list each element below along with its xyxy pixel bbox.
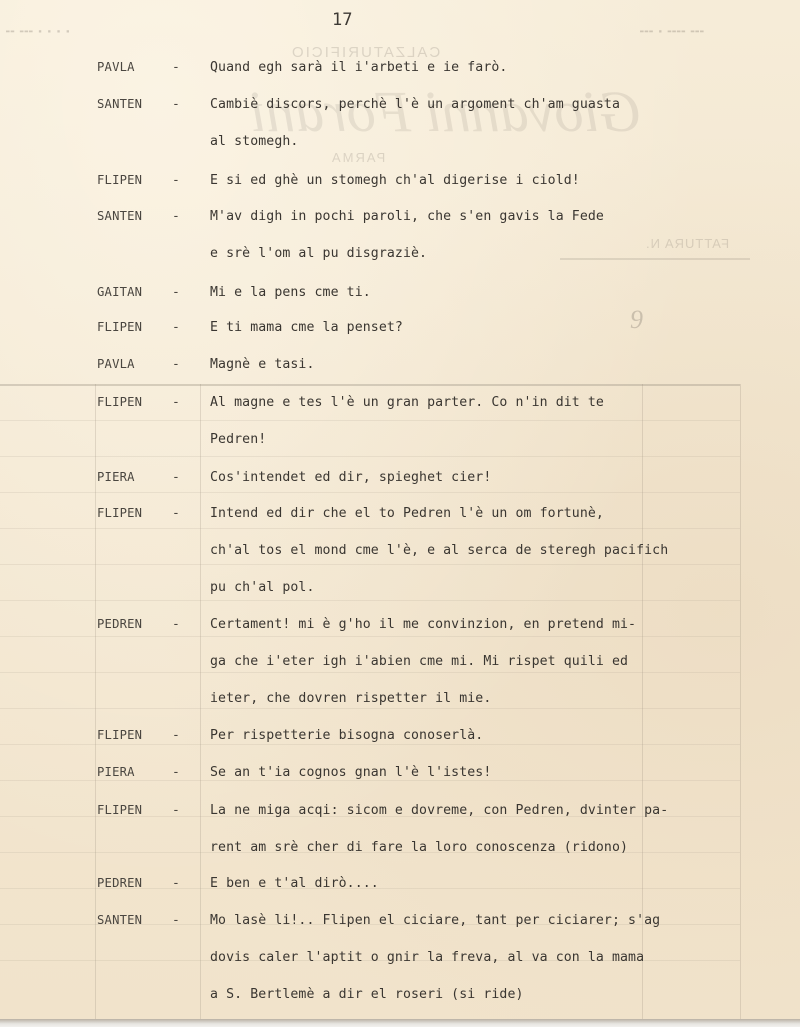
speaker-name: PIERA bbox=[97, 470, 135, 484]
bleed-invoice-label: FATTURA N. bbox=[645, 236, 729, 251]
dialogue-line: Intend ed dir che el to Pedren l'è un om… bbox=[210, 506, 604, 521]
dialogue-line: Magnè e tasi. bbox=[210, 357, 315, 372]
speaker-dash: - bbox=[172, 728, 180, 743]
speaker-dash: - bbox=[172, 209, 180, 224]
speaker-name: FLIPEN bbox=[97, 803, 142, 817]
dialogue-line: rent am srè cher di fare la loro conosce… bbox=[210, 840, 628, 855]
speaker-name: FLIPEN bbox=[97, 728, 142, 742]
dialogue-line: E si ed ghè un stomegh ch'al digerise i … bbox=[210, 173, 580, 188]
dialogue-line: e srè l'om al pu disgraziè. bbox=[210, 246, 427, 261]
speaker-dash: - bbox=[172, 470, 180, 485]
speaker-dash: - bbox=[172, 60, 180, 75]
speaker-dash: - bbox=[172, 97, 180, 112]
dialogue-line: Al magne e tes l'è un gran parter. Co n'… bbox=[210, 395, 604, 410]
dialogue-line: Cos'intendet ed dir, spieghet cier! bbox=[210, 470, 491, 485]
dialogue-line: Se an t'ia cognos gnan l'è l'istes! bbox=[210, 765, 491, 780]
page-number: 17 bbox=[332, 10, 352, 30]
dialogue-line: ga che i'eter igh i'abien cme mi. Mi ris… bbox=[210, 654, 628, 669]
dialogue-line: Pedren! bbox=[210, 432, 266, 447]
speaker-name: SANTEN bbox=[97, 209, 142, 223]
pencil-mark: 9 bbox=[630, 305, 643, 335]
speaker-name: GAITAN bbox=[97, 285, 142, 299]
dialogue-line: Mo lasè li!.. Flipen el ciciare, tant pe… bbox=[210, 913, 660, 928]
speaker-name: SANTEN bbox=[97, 97, 142, 111]
speaker-dash: - bbox=[172, 617, 180, 632]
faint-header-left: ▬▬ ▬▬▬ ▪ ▪ ▪ ▪ bbox=[6, 28, 71, 35]
dialogue-line: E ti mama cme la penset? bbox=[210, 320, 403, 335]
dialogue-line: a S. Bertlemè a dir el roseri (si ride) bbox=[210, 987, 524, 1002]
speaker-dash: - bbox=[172, 357, 180, 372]
dialogue-line: La ne miga acqi: sicom e dovreme, con Pe… bbox=[210, 803, 668, 818]
speaker-name: PAVLA bbox=[97, 357, 135, 371]
dialogue-line: Certament! mi è g'ho il me convinzion, e… bbox=[210, 617, 636, 632]
dialogue-line: M'av digh in pochi paroli, che s'en gavi… bbox=[210, 209, 604, 224]
speaker-name: PEDREN bbox=[97, 876, 142, 890]
page-bottom-edge bbox=[0, 1019, 800, 1027]
bleed-stamp-city: PARMA bbox=[330, 150, 385, 165]
dialogue-line: Quand egh sarà il i'arbeti e ie farò. bbox=[210, 60, 507, 75]
speaker-name: PAVLA bbox=[97, 60, 135, 74]
speaker-dash: - bbox=[172, 506, 180, 521]
speaker-dash: - bbox=[172, 765, 180, 780]
speaker-dash: - bbox=[172, 395, 180, 410]
speaker-name: PIERA bbox=[97, 765, 135, 779]
dialogue-line: Per rispetterie bisogna conoserlà. bbox=[210, 728, 483, 743]
dialogue-line: Mi e la pens cme ti. bbox=[210, 285, 371, 300]
speaker-name: FLIPEN bbox=[97, 320, 142, 334]
bleed-stamp-top: CALZATURIFICIO bbox=[290, 44, 440, 61]
dialogue-line: al stomegh. bbox=[210, 134, 298, 149]
speaker-name: SANTEN bbox=[97, 913, 142, 927]
dialogue-line: pu ch'al pol. bbox=[210, 580, 315, 595]
dialogue-line: Cambiè discors, perchè l'è un argoment c… bbox=[210, 97, 620, 112]
speaker-dash: - bbox=[172, 876, 180, 891]
dialogue-line: ch'al tos el mond cme l'è, e al serca de… bbox=[210, 543, 668, 558]
scanned-page: ▬▬ ▬▬▬ ▪ ▪ ▪ ▪ ▬▬▬ ▪ ▬▬▬▬ ▬▬▬ CALZATURIF… bbox=[0, 0, 800, 1020]
bleed-underline bbox=[560, 258, 750, 260]
dialogue-line: E ben e t'al dirò.... bbox=[210, 876, 379, 891]
speaker-dash: - bbox=[172, 320, 180, 335]
speaker-name: FLIPEN bbox=[97, 506, 142, 520]
speaker-name: PEDREN bbox=[97, 617, 142, 631]
speaker-name: FLIPEN bbox=[97, 173, 142, 187]
speaker-dash: - bbox=[172, 803, 180, 818]
speaker-dash: - bbox=[172, 285, 180, 300]
faint-header-right: ▬▬▬ ▪ ▬▬▬▬ ▬▬▬ bbox=[640, 28, 705, 35]
dialogue-line: ieter, che dovren rispetter il mie. bbox=[210, 691, 491, 706]
speaker-name: FLIPEN bbox=[97, 395, 142, 409]
speaker-dash: - bbox=[172, 173, 180, 188]
dialogue-line: dovis caler l'aptit o gnir la freva, al … bbox=[210, 950, 644, 965]
speaker-dash: - bbox=[172, 913, 180, 928]
